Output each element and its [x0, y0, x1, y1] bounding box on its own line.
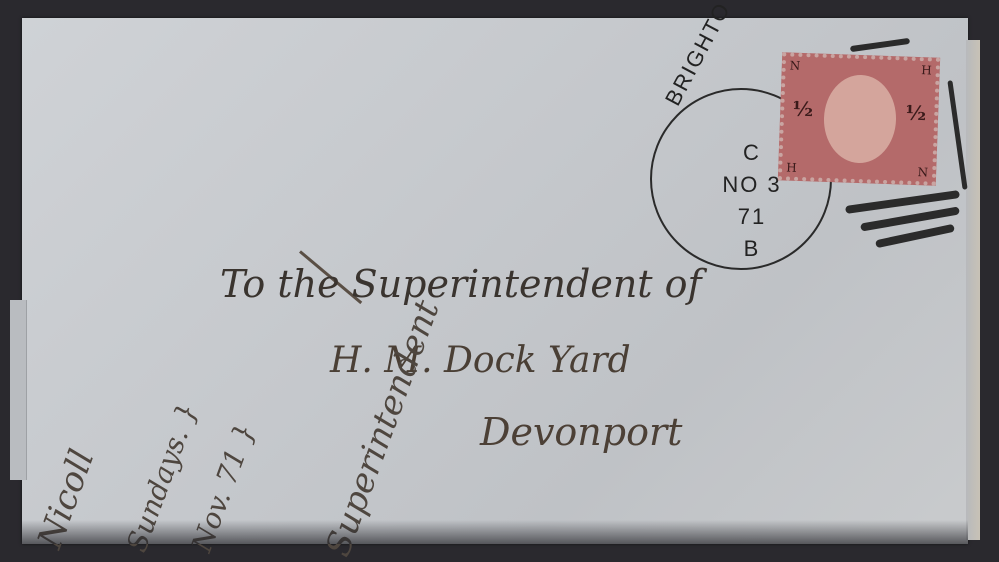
postage-stamp: N H H N ½ ½ — [778, 52, 940, 185]
postmark-year: 71 — [722, 204, 782, 230]
stamp-corner-letter: N — [917, 165, 928, 179]
stamp-value-right: ½ — [905, 101, 927, 126]
address-line-2: H. M. Dock Yard — [330, 340, 631, 381]
address-line-1: To the Superintendent of — [220, 262, 702, 306]
queen-portrait — [822, 74, 897, 164]
stamp-corner-letter: H — [921, 63, 932, 77]
stamp-corner-letter: N — [790, 59, 801, 73]
postmark-code-bottom: B — [722, 236, 782, 262]
stamp-corner-letter: H — [786, 160, 797, 174]
postmark-date: NO 3 — [722, 172, 782, 198]
cover-fold-right — [966, 40, 980, 540]
postmark-code-top: C — [722, 140, 782, 166]
stamp-value-left: ½ — [792, 97, 814, 122]
bottom-shadow — [22, 520, 968, 544]
cover-fold-left — [10, 300, 27, 480]
address-line-3: Devonport — [480, 410, 682, 454]
